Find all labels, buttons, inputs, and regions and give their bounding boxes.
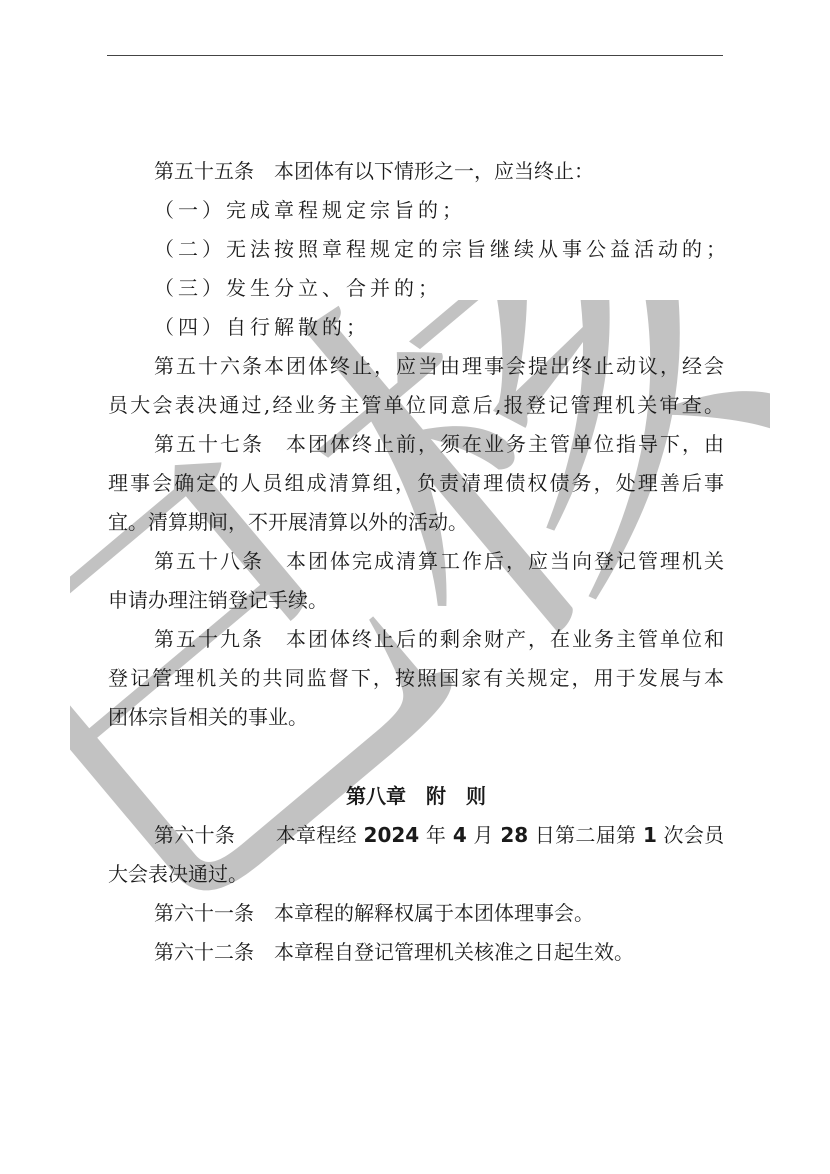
article-60-day: 28 <box>500 823 528 847</box>
article-59-line-3: 团体宗旨相关的事业。 <box>108 698 724 737</box>
article-55-item-3: （三）发生分立、合并的； <box>108 269 724 308</box>
article-57-line-1: 第五十七条 本团体终止前，须在业务主管单位指导下，由 <box>108 425 724 464</box>
article-60-month: 4 <box>453 823 467 847</box>
article-59-line-2: 登记管理机关的共同监督下，按照国家有关规定，用于发展与本 <box>108 659 724 698</box>
article-57-line-3: 宜。清算期间，不开展清算以外的活动。 <box>108 503 724 542</box>
article-55-item-2: （二）无法按照章程规定的宗旨继续从事公益活动的； <box>108 230 724 269</box>
article-60-line-1: 第六十条 本章程经 2024 年 4 月 28 日第二届第 1 次会员 <box>108 816 724 855</box>
article-59-line-1: 第五十九条 本团体终止后的剩余财产，在业务主管单位和 <box>108 620 724 659</box>
article-55-item-4: （四）自行解散的； <box>108 308 724 347</box>
article-58-line-2: 申请办理注销登记手续。 <box>108 581 724 620</box>
article-60-year-unit: 年 <box>426 823 446 847</box>
article-61: 第六十一条 本章程的解释权属于本团体理事会。 <box>108 894 724 933</box>
article-60-line-2: 大会表决通过。 <box>108 855 724 894</box>
article-58-line-1: 第五十八条 本团体完成清算工作后，应当向登记管理机关 <box>108 542 724 581</box>
document-body: 第五十五条 本团体有以下情形之一，应当终止： （一）完成章程规定宗旨的； （二）… <box>108 152 724 972</box>
article-62: 第六十二条 本章程自登记管理机关核准之日起生效。 <box>108 933 724 972</box>
article-60-day-unit: 日第二届第 <box>535 823 636 847</box>
spacer <box>108 737 724 777</box>
chapter-8-heading: 第八章 附 则 <box>108 777 724 816</box>
article-55-item-1: （一）完成章程规定宗旨的； <box>108 191 724 230</box>
article-60-session: 1 <box>643 823 657 847</box>
article-55-line-1: 第五十五条 本团体有以下情形之一，应当终止： <box>108 152 724 191</box>
article-60-tail: 次会员 <box>664 823 725 847</box>
article-56-line-1: 第五十六条本团体终止，应当由理事会提出终止动议，经会 <box>108 347 724 386</box>
article-60-month-unit: 月 <box>473 823 493 847</box>
article-60-year: 2024 <box>364 823 420 847</box>
article-56-line-2: 员大会表决通过,经业务主管单位同意后,报登记管理机关审查。 <box>108 386 724 425</box>
header-rule <box>107 55 723 56</box>
article-57-line-2: 理事会确定的人员组成清算组，负责清理债权债务，处理善后事 <box>108 464 724 503</box>
article-60-label: 第六十条 本章程经 <box>154 823 357 847</box>
